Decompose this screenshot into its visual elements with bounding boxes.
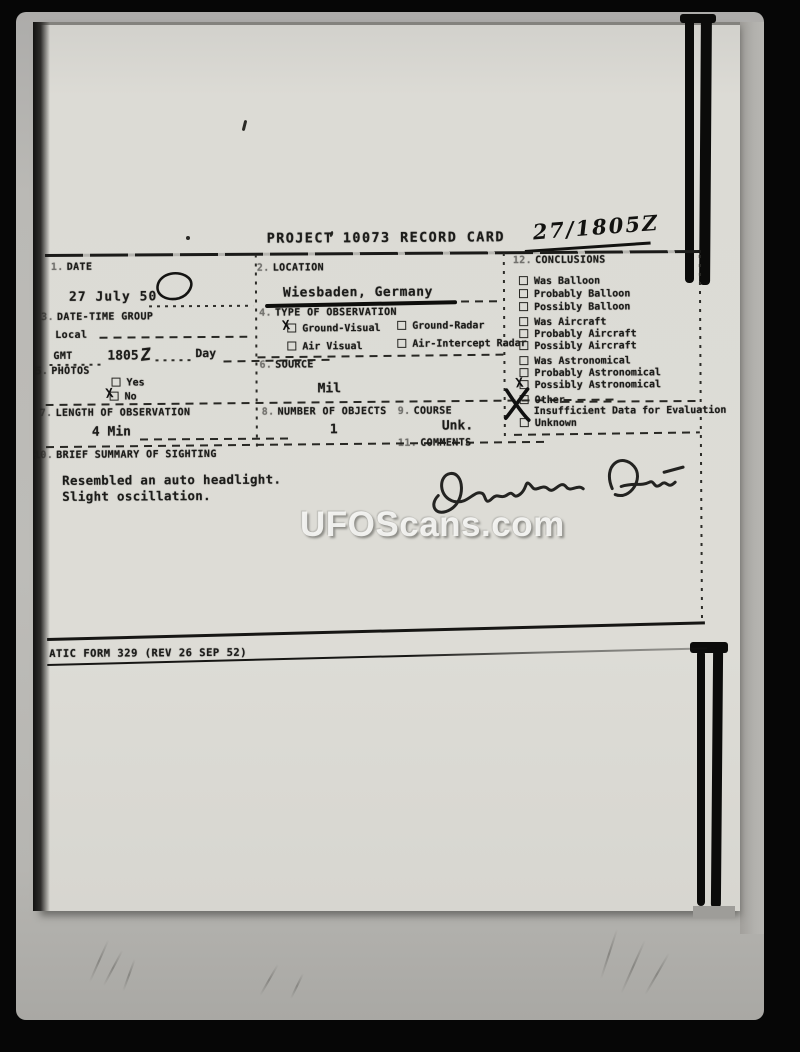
field-date-time-group-label: 3.DATE-TIME GROUP	[41, 311, 153, 323]
form-number: ATIC FORM 329 (REV 26 SEP 52)	[49, 647, 247, 660]
checkbox-icon	[519, 317, 528, 326]
day-value: Day	[195, 346, 216, 360]
field-course-label: 9.COURSE	[398, 406, 452, 417]
date-value: 27 July 50	[69, 289, 157, 305]
summary-line-2: Slight oscillation.	[62, 488, 211, 504]
checkbox-icon	[112, 378, 121, 387]
summary-line-1: Resembled an auto headlight.	[62, 472, 281, 488]
field-number: 8.	[262, 407, 275, 418]
length-value: 4 Min	[92, 425, 131, 440]
field-number: 5.	[35, 366, 48, 377]
conclusion-probably-astronomical: Probably Astronomical	[519, 367, 661, 379]
field-number: 4.	[259, 308, 272, 319]
course-value: Unk.	[442, 418, 473, 433]
field-type-label: 4.TYPE OF OBSERVATION	[259, 307, 397, 319]
type-option-air-visual: Air Visual	[287, 341, 362, 352]
record-card: PROJECT 10073 RECORD CARD 27/1805Z 1.DAT…	[45, 220, 710, 694]
field-summary-label: 10.BRIEF SUMMARY OF SIGHTING	[34, 449, 217, 461]
row-divider	[514, 431, 700, 435]
field-source-label: 6.SOURCE	[259, 359, 313, 370]
fill-dashes	[140, 438, 290, 441]
page-edge-shadow	[740, 22, 764, 934]
field-location-label: 2.LOCATION	[257, 262, 324, 273]
field-number: 1.	[51, 262, 64, 273]
field-number: 3.	[41, 312, 54, 323]
card-title: PROJECT 10073 RECORD CARD	[267, 229, 505, 246]
binding-bar-shadow	[693, 906, 735, 918]
checkbox-icon	[519, 356, 528, 365]
field-number: 12.	[513, 255, 532, 266]
field-conclusions-label: 12.CONCLUSIONS	[513, 255, 606, 267]
field-number: 6.	[259, 360, 272, 371]
checkbox-icon	[519, 276, 528, 285]
card-bottom-line	[47, 621, 705, 640]
checkbox-icon	[519, 329, 528, 338]
number-of-objects-value: 1	[330, 422, 338, 437]
field-length-label: 7.LENGTH OF OBSERVATION	[40, 407, 191, 419]
handwritten-big-x	[504, 387, 532, 423]
handwritten-circle-doodle	[151, 271, 197, 303]
checkbox-icon	[519, 302, 528, 311]
field-number: 11.	[398, 438, 417, 449]
conclusion-possibly-aircraft: Possibly Aircraft	[519, 340, 636, 352]
checkbox-icon	[519, 289, 528, 298]
photos-option-yes: Yes	[112, 377, 145, 388]
conclusion-was-astronomical: Was Astronomical	[519, 355, 630, 367]
checkmark-x: X	[281, 318, 290, 334]
conclusion-probably-aircraft: Probably Aircraft	[519, 328, 636, 340]
fill-dots	[155, 359, 195, 361]
field-number-of-objects-label: 8.NUMBER OF OBJECTS	[262, 406, 387, 418]
type-option-ground-radar: Ground-Radar	[397, 320, 484, 332]
column-divider	[255, 255, 258, 447]
field-number: 7.	[40, 408, 53, 419]
field-number: 2.	[257, 263, 270, 274]
card-right-border	[699, 255, 703, 623]
conclusion-was-aircraft: Was Aircraft	[519, 317, 606, 329]
fill-dashes	[99, 336, 247, 339]
checkbox-icon	[287, 341, 296, 350]
watermark: UFOScans.com	[300, 505, 565, 545]
checkmark-x: X	[105, 386, 114, 402]
field-date-label: 1.DATE	[51, 262, 93, 273]
handwritten-z: Z	[140, 345, 151, 366]
location-value: Wiesbaden, Germany	[283, 285, 433, 301]
local-label: Local	[55, 330, 87, 341]
conclusion-was-balloon: Was Balloon	[519, 276, 600, 287]
field-number: 10.	[34, 450, 53, 461]
conclusion-insufficient-data: Insufficient Data for Evaluation	[534, 405, 727, 417]
conclusion-possibly-balloon: Possibly Balloon	[519, 301, 630, 313]
conclusion-possibly-astronomical: Possibly Astronomical	[520, 379, 662, 391]
field-photos-label: 5.PHOTOS	[35, 366, 89, 377]
checkbox-icon	[519, 341, 528, 350]
type-option-ground-visual: Ground-Visual	[287, 323, 380, 335]
field-number: 9.	[398, 406, 411, 417]
fill-dots	[149, 305, 253, 308]
checkbox-icon	[397, 339, 406, 348]
fill-dashes	[562, 400, 700, 403]
fill-dashes	[461, 300, 503, 302]
scanned-document-photo: { "page": { "watermark": "UFOScans.com",…	[0, 0, 800, 1052]
checkbox-icon	[397, 321, 406, 330]
gmt-value: 1805Z	[107, 344, 151, 364]
type-option-air-intercept-radar: Air-Intercept Radar	[397, 338, 526, 350]
conclusion-probably-balloon: Probably Balloon	[519, 288, 630, 300]
row-divider	[257, 354, 503, 359]
gmt-label: GMT	[53, 351, 72, 362]
source-value: Mil	[318, 381, 342, 396]
